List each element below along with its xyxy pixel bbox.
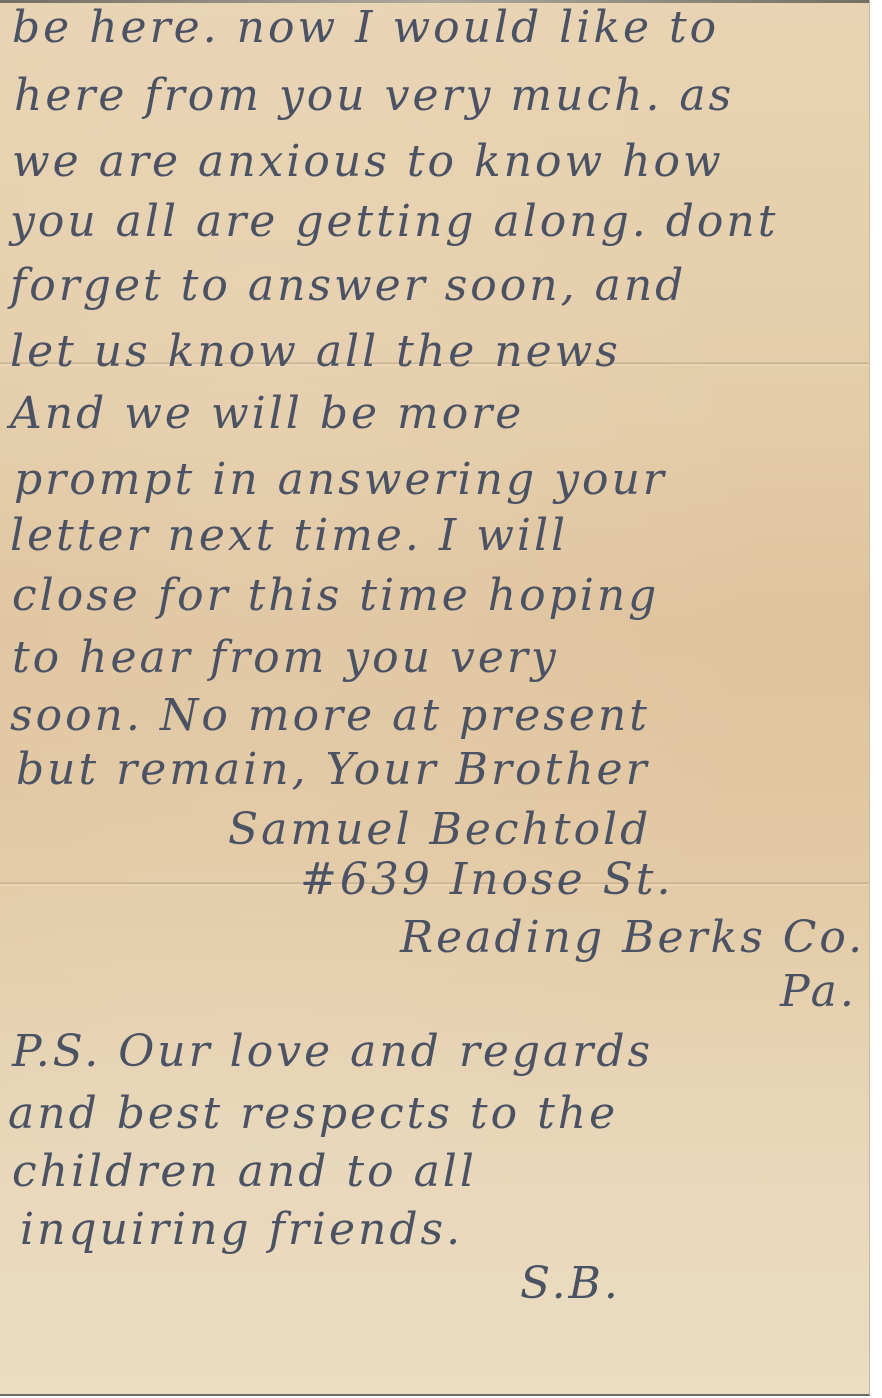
letter-line: you all are getting along. dont bbox=[10, 200, 778, 244]
signature-address-city: Reading Berks Co. bbox=[400, 916, 865, 960]
letter-line: but remain, Your Brother bbox=[16, 748, 650, 792]
postscript-initials: S.B. bbox=[520, 1262, 621, 1306]
postscript-line: inquiring friends. bbox=[20, 1208, 463, 1252]
letter-line: we are anxious to know how bbox=[12, 140, 724, 184]
letter-line: prompt in answering your bbox=[14, 458, 667, 502]
letter-line: forget to answer soon, and bbox=[10, 264, 686, 308]
postscript-line: children and to all bbox=[12, 1150, 477, 1194]
postscript-line: and best respects to the bbox=[8, 1092, 618, 1136]
letter-line: letter next time. I will bbox=[10, 514, 568, 558]
letter-line: And we will be more bbox=[10, 392, 524, 436]
letter-line: close for this time hoping bbox=[12, 574, 659, 618]
signature-name: Samuel Bechtold bbox=[228, 808, 651, 852]
letter-line: to hear from you very bbox=[12, 636, 559, 680]
letter-line: soon. No more at present bbox=[10, 694, 650, 738]
signature-address-street: #639 Inose St. bbox=[300, 858, 673, 902]
signature-address-state: Pa. bbox=[780, 970, 857, 1014]
letter-line: be here. now I would like to bbox=[12, 6, 719, 50]
letter-line: let us know all the news bbox=[10, 330, 621, 374]
letter-page: be here. now I would like to here from y… bbox=[0, 0, 870, 1396]
postscript-line: P.S. Our love and regards bbox=[12, 1030, 653, 1074]
letter-line: here from you very much. as bbox=[14, 74, 734, 118]
